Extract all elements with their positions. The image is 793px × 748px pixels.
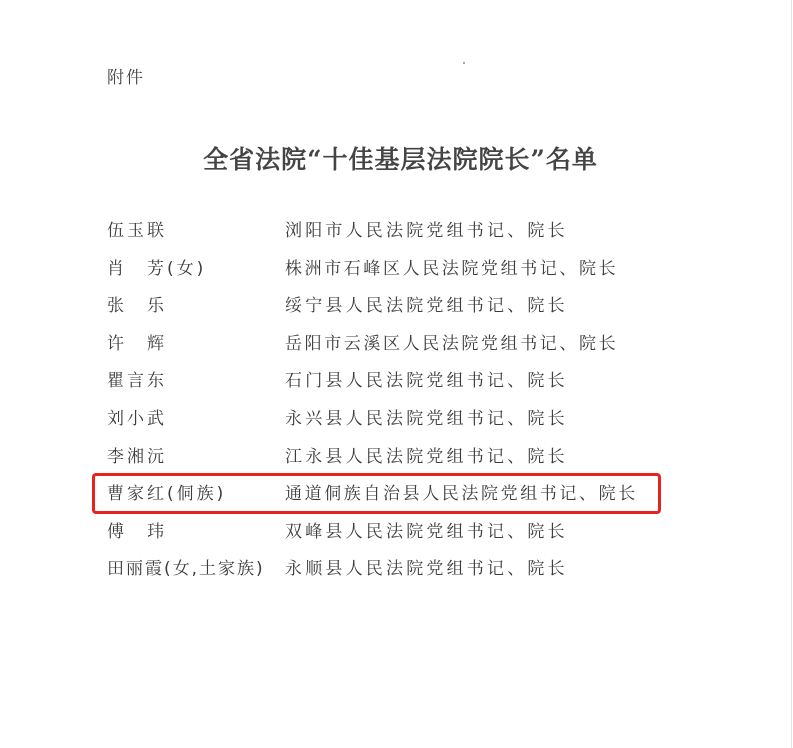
entry-position: 江永县人民法院党组书记、院长 xyxy=(285,442,568,472)
page-edge-line xyxy=(791,0,792,748)
attachment-label: 附件 xyxy=(107,63,145,88)
entry-position: 岳阳市云溪区人民法院党组书记、院长 xyxy=(285,329,618,359)
entry-position: 石门县人民法院党组书记、院长 xyxy=(285,366,568,396)
entry-name: 刘小武 xyxy=(107,404,167,434)
entry-name: 傅 玮 xyxy=(107,517,167,547)
document-title: 全省法院“十佳基层法院院长”名单 xyxy=(0,140,793,176)
entry-name: 田丽霞(女,土家族) xyxy=(107,554,265,584)
entry-name: 张 乐 xyxy=(107,291,167,321)
scan-speck xyxy=(463,62,465,64)
document-page: 附件 全省法院“十佳基层法院院长”名单 伍玉联 浏阳市人民法院党组书记、院长 肖… xyxy=(0,0,793,748)
entry-position: 浏阳市人民法院党组书记、院长 xyxy=(285,216,568,246)
list-item: 田丽霞(女,土家族) 永顺县人民法院党组书记、院长 xyxy=(107,554,667,592)
entry-position: 株洲市石峰区人民法院党组书记、院长 xyxy=(285,254,618,284)
award-list: 伍玉联 浏阳市人民法院党组书记、院长 肖 芳(女) 株洲市石峰区人民法院党组书记… xyxy=(107,216,667,592)
entry-name: 伍玉联 xyxy=(107,216,167,246)
list-item: 傅 玮 双峰县人民法院党组书记、院长 xyxy=(107,517,667,555)
entry-name: 肖 芳(女) xyxy=(107,254,206,284)
entry-name: 李湘沅 xyxy=(107,442,167,472)
entry-position: 永顺县人民法院党组书记、院长 xyxy=(285,554,568,584)
list-item: 肖 芳(女) 株洲市石峰区人民法院党组书记、院长 xyxy=(107,254,667,292)
list-item: 瞿言东 石门县人民法院党组书记、院长 xyxy=(107,366,667,404)
list-item: 伍玉联 浏阳市人民法院党组书记、院长 xyxy=(107,216,667,254)
list-item: 许 辉 岳阳市云溪区人民法院党组书记、院长 xyxy=(107,329,667,367)
entry-position: 绥宁县人民法院党组书记、院长 xyxy=(285,291,568,321)
highlight-annotation-box xyxy=(92,473,661,514)
list-item: 刘小武 永兴县人民法院党组书记、院长 xyxy=(107,404,667,442)
entry-name: 许 辉 xyxy=(107,329,167,359)
entry-position: 永兴县人民法院党组书记、院长 xyxy=(285,404,568,434)
list-item: 张 乐 绥宁县人民法院党组书记、院长 xyxy=(107,291,667,329)
entry-position: 双峰县人民法院党组书记、院长 xyxy=(285,517,568,547)
entry-name: 瞿言东 xyxy=(107,366,167,396)
